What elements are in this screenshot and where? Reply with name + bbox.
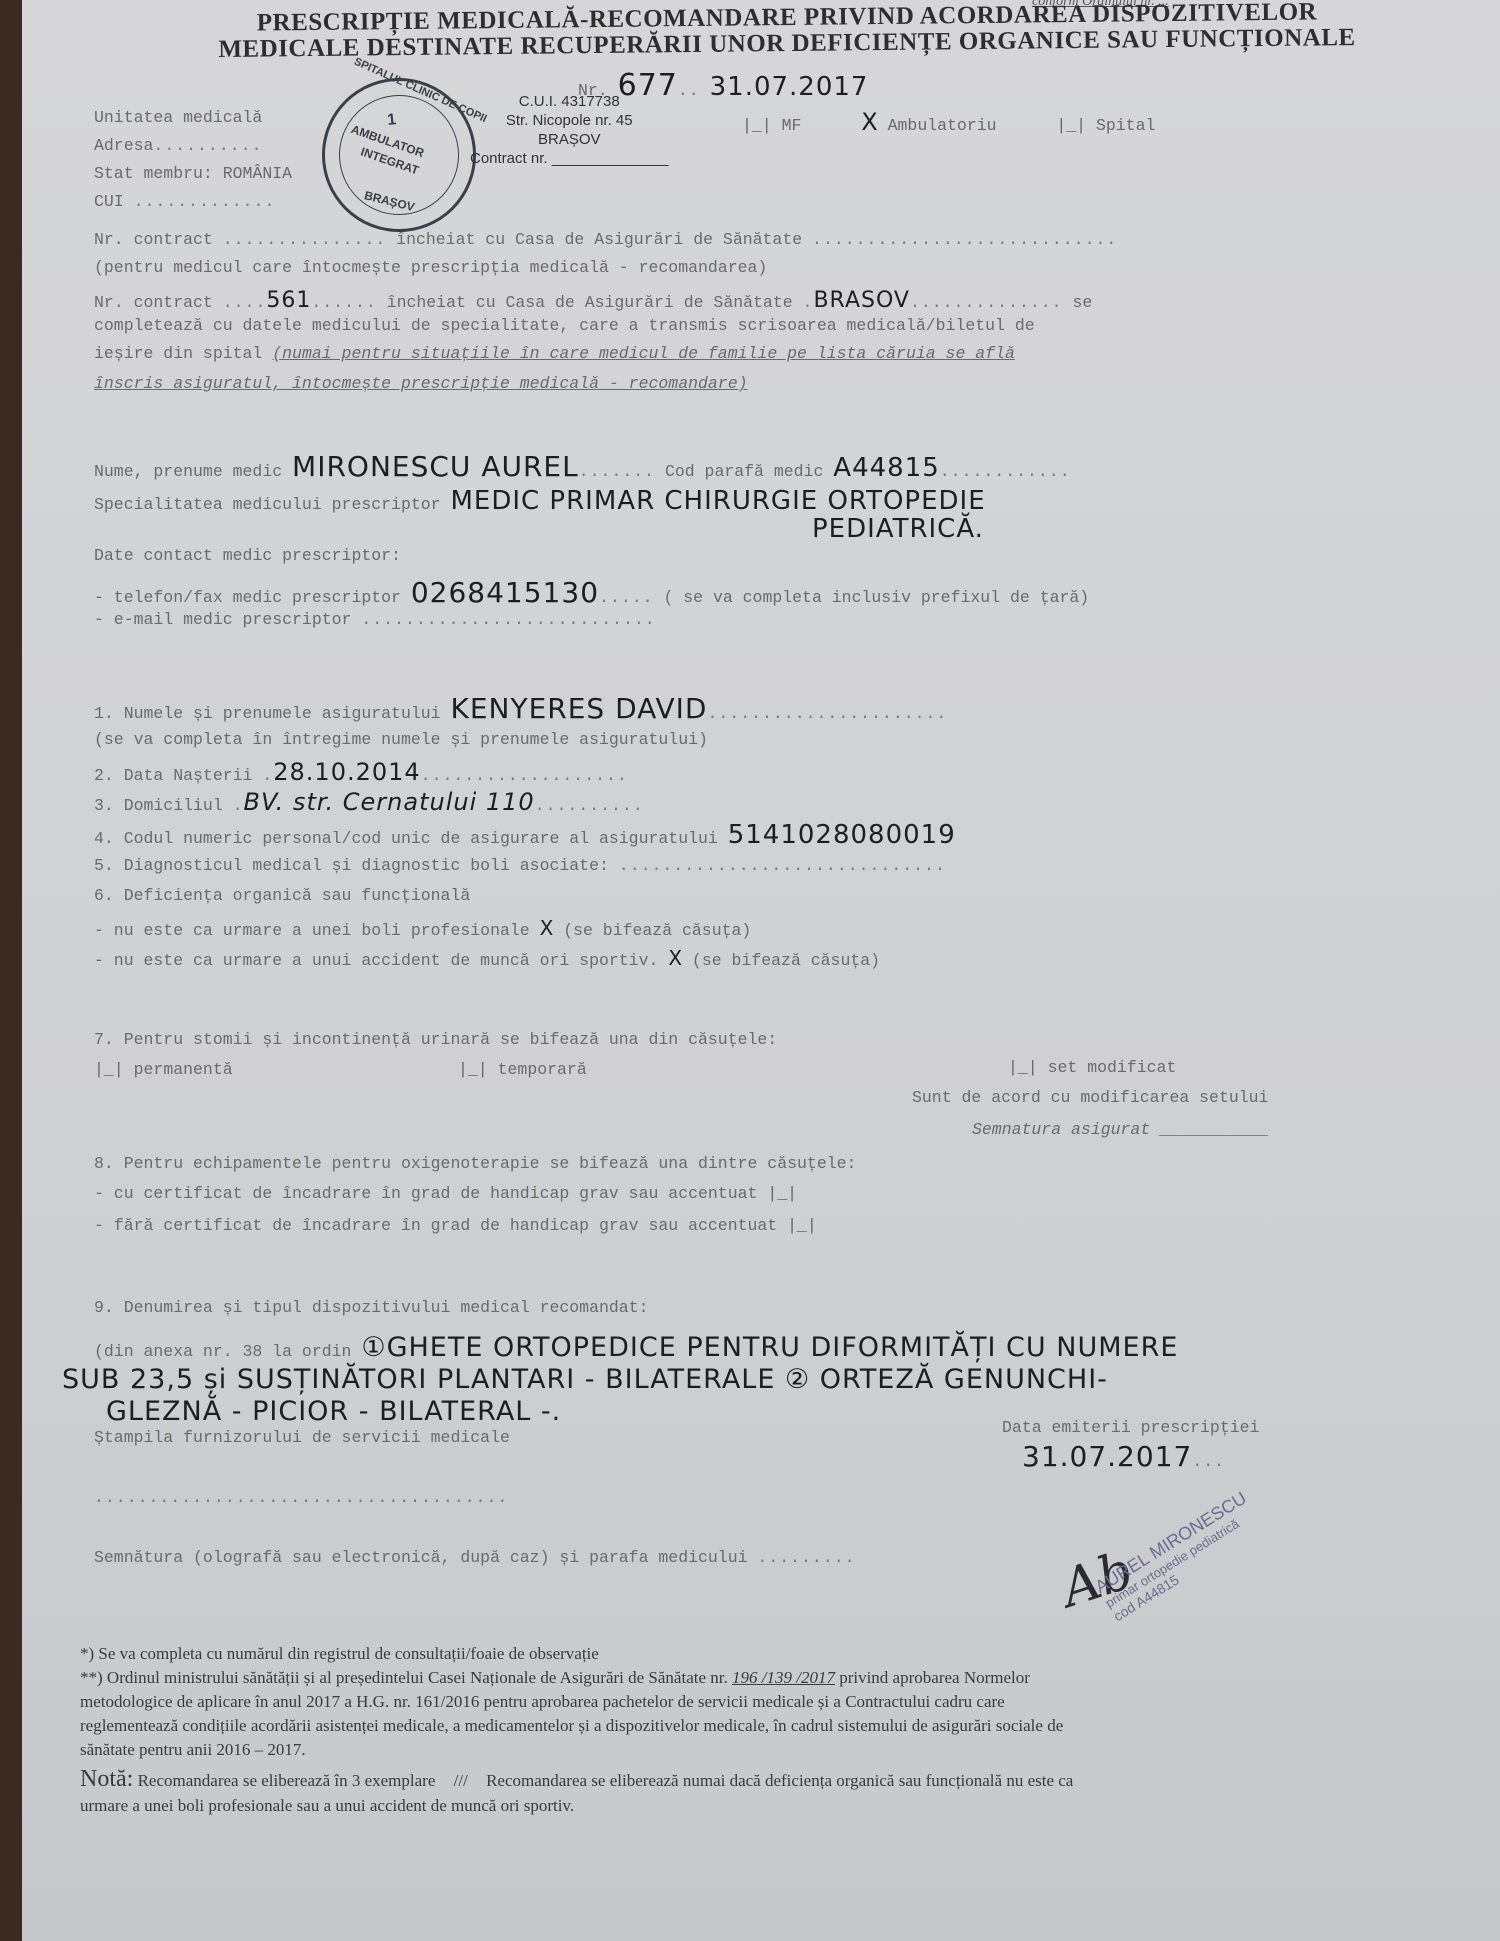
contract-note: (pentru medicul care întocmește prescrip… [94,258,767,277]
ambulatoriu-label: Ambulatoriu [888,116,997,135]
nota-row: Notă: Recomandarea se eliberează în 3 ex… [80,1766,1073,1793]
footnote-2-line4: sănătate pentru anii 2016 – 2017. [80,1740,306,1760]
doctor-name-label: Nume, prenume medic [94,462,282,481]
section6-item2: - nu este ca urmare a unui accident de m… [94,946,880,970]
contract4-underlined: (numai pentru situațiile în care medicul… [272,344,1015,363]
email-label: - e-mail medic prescriptor [94,610,351,629]
footnote-2-line2: metodologice de aplicare în anul 2017 a … [80,1692,1005,1712]
spital-label: Spital [1096,116,1155,135]
specialty-value-line1: MEDIC PRIMAR CHIRURGIE ORTOPEDIE [450,486,985,516]
semnatura-asigurat: Semnatura asigurat ___________ [972,1120,1269,1139]
section6-item1-label: - nu este ca urmare a unei boli profesio… [94,921,530,940]
semnatura-row: Semnătura (olografă sau electronică, dup… [94,1548,856,1567]
phone-row: - telefon/fax medic prescriptor 02684151… [94,576,1089,609]
patient-name-label: 1. Numele și prenumele asiguratului [94,704,441,723]
boala-profesionala-checkbox[interactable]: X [540,916,554,940]
data-emiterii-value: 31.07.2017 [1022,1440,1192,1473]
section9-anexa: (din anexa nr. 38 la ordin ①GHETE ORTOPE… [94,1332,1178,1363]
phone-label: - telefon/fax medic prescriptor [94,588,401,607]
footnote2-end: privind aprobarea Normelor [839,1668,1030,1687]
domiciliu-value: BV. str. Cernatului 110 [244,788,535,816]
acord-text: Sunt de acord cu modificarea setului [912,1088,1268,1107]
cod-parafa-value: A44815 [833,453,940,483]
device-line1: ①GHETE ORTOPEDICE PENTRU DIFORMITĂȚI CU … [361,1332,1178,1363]
accident-checkbox[interactable]: X [668,946,682,970]
temporara-checkbox[interactable]: |_| [458,1060,488,1079]
cnp-value: 5141028080019 [728,820,956,850]
cnp-row: 4. Codul numeric personal/cod unic de as… [94,820,956,850]
cod-parafa-label: Cod parafă medic [665,462,823,481]
mf-checkbox[interactable]: |_| [742,116,772,135]
data-emiterii-row: 31.07.2017... [1022,1440,1225,1473]
section7-title: 7. Pentru stomii și incontinență urinară… [94,1030,777,1049]
contract2-end: se [1072,293,1092,312]
contract2-label: Nr. contract [94,293,213,312]
stat-membru-row: Stat membru: ROMÂNIA [94,164,292,183]
specialty-label: Specialitatea medicului prescriptor [94,495,441,514]
footnote-1: *) Se va completa cu numărul din registr… [80,1644,599,1664]
contract1-mid: încheiat cu Casa de Asigurări de Sănătat… [396,230,802,249]
stampila-label: Ștampila furnizorului de servicii medica… [94,1428,510,1447]
nota-separator: /// [454,1771,468,1790]
unitatea-label: Unitatea medicală [94,108,262,127]
footnote2-nr: 196 /139 /2017 [732,1668,835,1687]
stampila-dotted-line: ...................................... [94,1488,508,1507]
section6-title: 6. Deficiența organică sau funcțională [94,886,470,905]
anexa-label: (din anexa nr. 38 la ordin [94,1342,351,1361]
specialty-value-line2: PEDIATRICĂ. [812,514,984,544]
section8-opt1: - cu certificat de încadrare în grad de … [94,1184,797,1203]
footnote2-start: **) Ordinul ministrului sănătății și al … [80,1668,728,1687]
device-line3: GLEZNĂ - PICIOR - BILATERAL -. [106,1396,561,1427]
patient-name-value: KENYERES DAVID [450,692,707,725]
section6-item1: - nu este ca urmare a unei boli profesio… [94,916,751,940]
adresa-row: Adresa.......... [94,136,262,155]
temporara-option: |_| temporară [458,1060,587,1079]
permanenta-label: permanentă [134,1060,233,1079]
section6-item2-label: - nu este ca urmare a unui accident de m… [94,951,658,970]
section8-title: 8. Pentru echipamentele pentru oxigenote… [94,1154,856,1173]
stamp-number: 1 [386,111,397,130]
section6-item2-note: (se bifează căsuța) [692,951,880,970]
prescription-document: conform Ordinului nr. ... PRESCRIPȚIE ME… [22,0,1500,1941]
contract1-label: Nr. contract [94,230,213,249]
permanenta-checkbox[interactable]: |_| [94,1060,124,1079]
stamp-cui: C.U.I. 4317738 [470,92,669,111]
phone-note: ( se va completa inclusiv prefixul de ța… [663,588,1089,607]
section6-item1-note: (se bifează căsuța) [563,921,751,940]
contract4-start: ieșire din spital [94,344,262,363]
section8-opt1-label: - cu certificat de încadrare în grad de … [94,1184,757,1203]
data-emiterii-label: Data emiterii prescripției [1002,1418,1259,1437]
patient-name-note: (se va completa în întregime numele și p… [94,730,708,749]
mf-label: MF [782,116,802,135]
semnatura-asigurat-label: Semnatura asigurat [972,1120,1150,1139]
stat-label: Stat membru: [94,164,213,183]
stamp-city: BRAȘOV [470,130,669,149]
unit-type-checkboxes: |_| MF X Ambulatoriu |_| Spital [742,108,1155,136]
contract-row-4: ieșire din spital (numai pentru situații… [94,344,1015,363]
birthdate-value: 28.10.2014 [273,758,420,786]
stamp-contract-label: Contract nr. [470,150,548,167]
set-modificat-checkbox[interactable]: |_| [1008,1058,1038,1077]
unitatea-medicala-row: Unitatea medicală [94,108,262,127]
stat-value: ROMÂNIA [223,164,292,183]
doctor-specialty-row: Specialitatea medicului prescriptor MEDI… [94,486,986,516]
contract2-value: 561 [266,288,311,313]
nr-date: 31.07.2017 [710,72,869,102]
diagnosis-row: 5. Diagnosticul medical și diagnostic bo… [94,856,946,875]
diagnosis-label: 5. Diagnosticul medical și diagnostic bo… [94,856,609,875]
stamp-address-block: C.U.I. 4317738 Str. Nicopole nr. 45 BRAȘ… [470,92,669,168]
footnote-2-line3: reglementează condițiile acordării asist… [80,1716,1063,1736]
fara-certificat-checkbox[interactable]: |_| [787,1216,817,1235]
phone-value: 0268415130 [411,576,599,609]
section7-options: |_| permanentă [94,1060,233,1079]
contract-row-2: Nr. contract ....561...... încheiat cu C… [94,288,1092,313]
patient-name-row: 1. Numele și prenumele asiguratului KENY… [94,692,947,725]
birthdate-label: 2. Data Nașterii [94,766,252,785]
contract-row-3: completează cu datele medicului de speci… [94,316,1035,335]
footnote-2-line1: **) Ordinul ministrului sănătății și al … [80,1668,1030,1688]
stamp-street: Str. Nicopole nr. 45 [470,111,669,130]
doctor-name-row: Nume, prenume medic MIRONESCU AUREL.....… [94,450,1071,483]
contract2-mid: încheiat cu Casa de Asigurări de Sănătat… [387,293,793,312]
address-row: 3. Domiciliul .BV. str. Cernatului 110..… [94,788,644,816]
hospital-stamp: SPITALUL CLINIC DE COPII 1 AMBULATOR INT… [314,70,483,239]
email-row: - e-mail medic prescriptor .............… [94,610,656,629]
birthdate-row: 2. Data Nașterii .28.10.2014............… [94,758,628,786]
spital-checkbox[interactable]: |_| [1056,116,1086,135]
device-line2: SUB 23,5 și SUSȚINĂTORI PLANTARI - BILAT… [62,1364,1108,1395]
nota-part2: Recomandarea se eliberează numai dacă de… [486,1771,1073,1790]
semnatura-label: Semnătura (olografă sau electronică, dup… [94,1548,748,1567]
contact-label: Date contact medic prescriptor: [94,546,401,565]
cnp-label: 4. Codul numeric personal/cod unic de as… [94,829,718,848]
adresa-label: Adresa [94,136,153,155]
section8-opt2: - fără certificat de încadrare în grad d… [94,1216,817,1235]
section9-title: 9. Denumirea și tipul dispozitivului med… [94,1298,649,1317]
domiciliu-label: 3. Domiciliul [94,796,223,815]
temporara-label: temporară [498,1060,587,1079]
contract-row-1: Nr. contract ............... încheiat cu… [94,230,1117,249]
contract2-cas: BRASOV [813,288,909,313]
ambulatoriu-checkbox[interactable]: X [861,108,877,136]
set-modificat-label: set modificat [1048,1058,1177,1077]
nota-part1: Recomandarea se eliberează în 3 exemplar… [138,1771,436,1790]
contract-row-5: înscris asiguratul, întocmește prescripț… [94,374,748,393]
section8-opt2-label: - fără certificat de încadrare în grad d… [94,1216,777,1235]
cui-label: CUI [94,192,124,211]
cui-row: CUI ............. [94,192,275,211]
nota-label: Notă: [80,1766,133,1792]
doctor-name-value: MIRONESCU AUREL [292,450,579,483]
nota-line2: urmare a unei boli profesionale sau a un… [80,1796,574,1816]
set-modificat-option: |_| set modificat [1008,1058,1176,1077]
cu-certificat-checkbox[interactable]: |_| [767,1184,797,1203]
